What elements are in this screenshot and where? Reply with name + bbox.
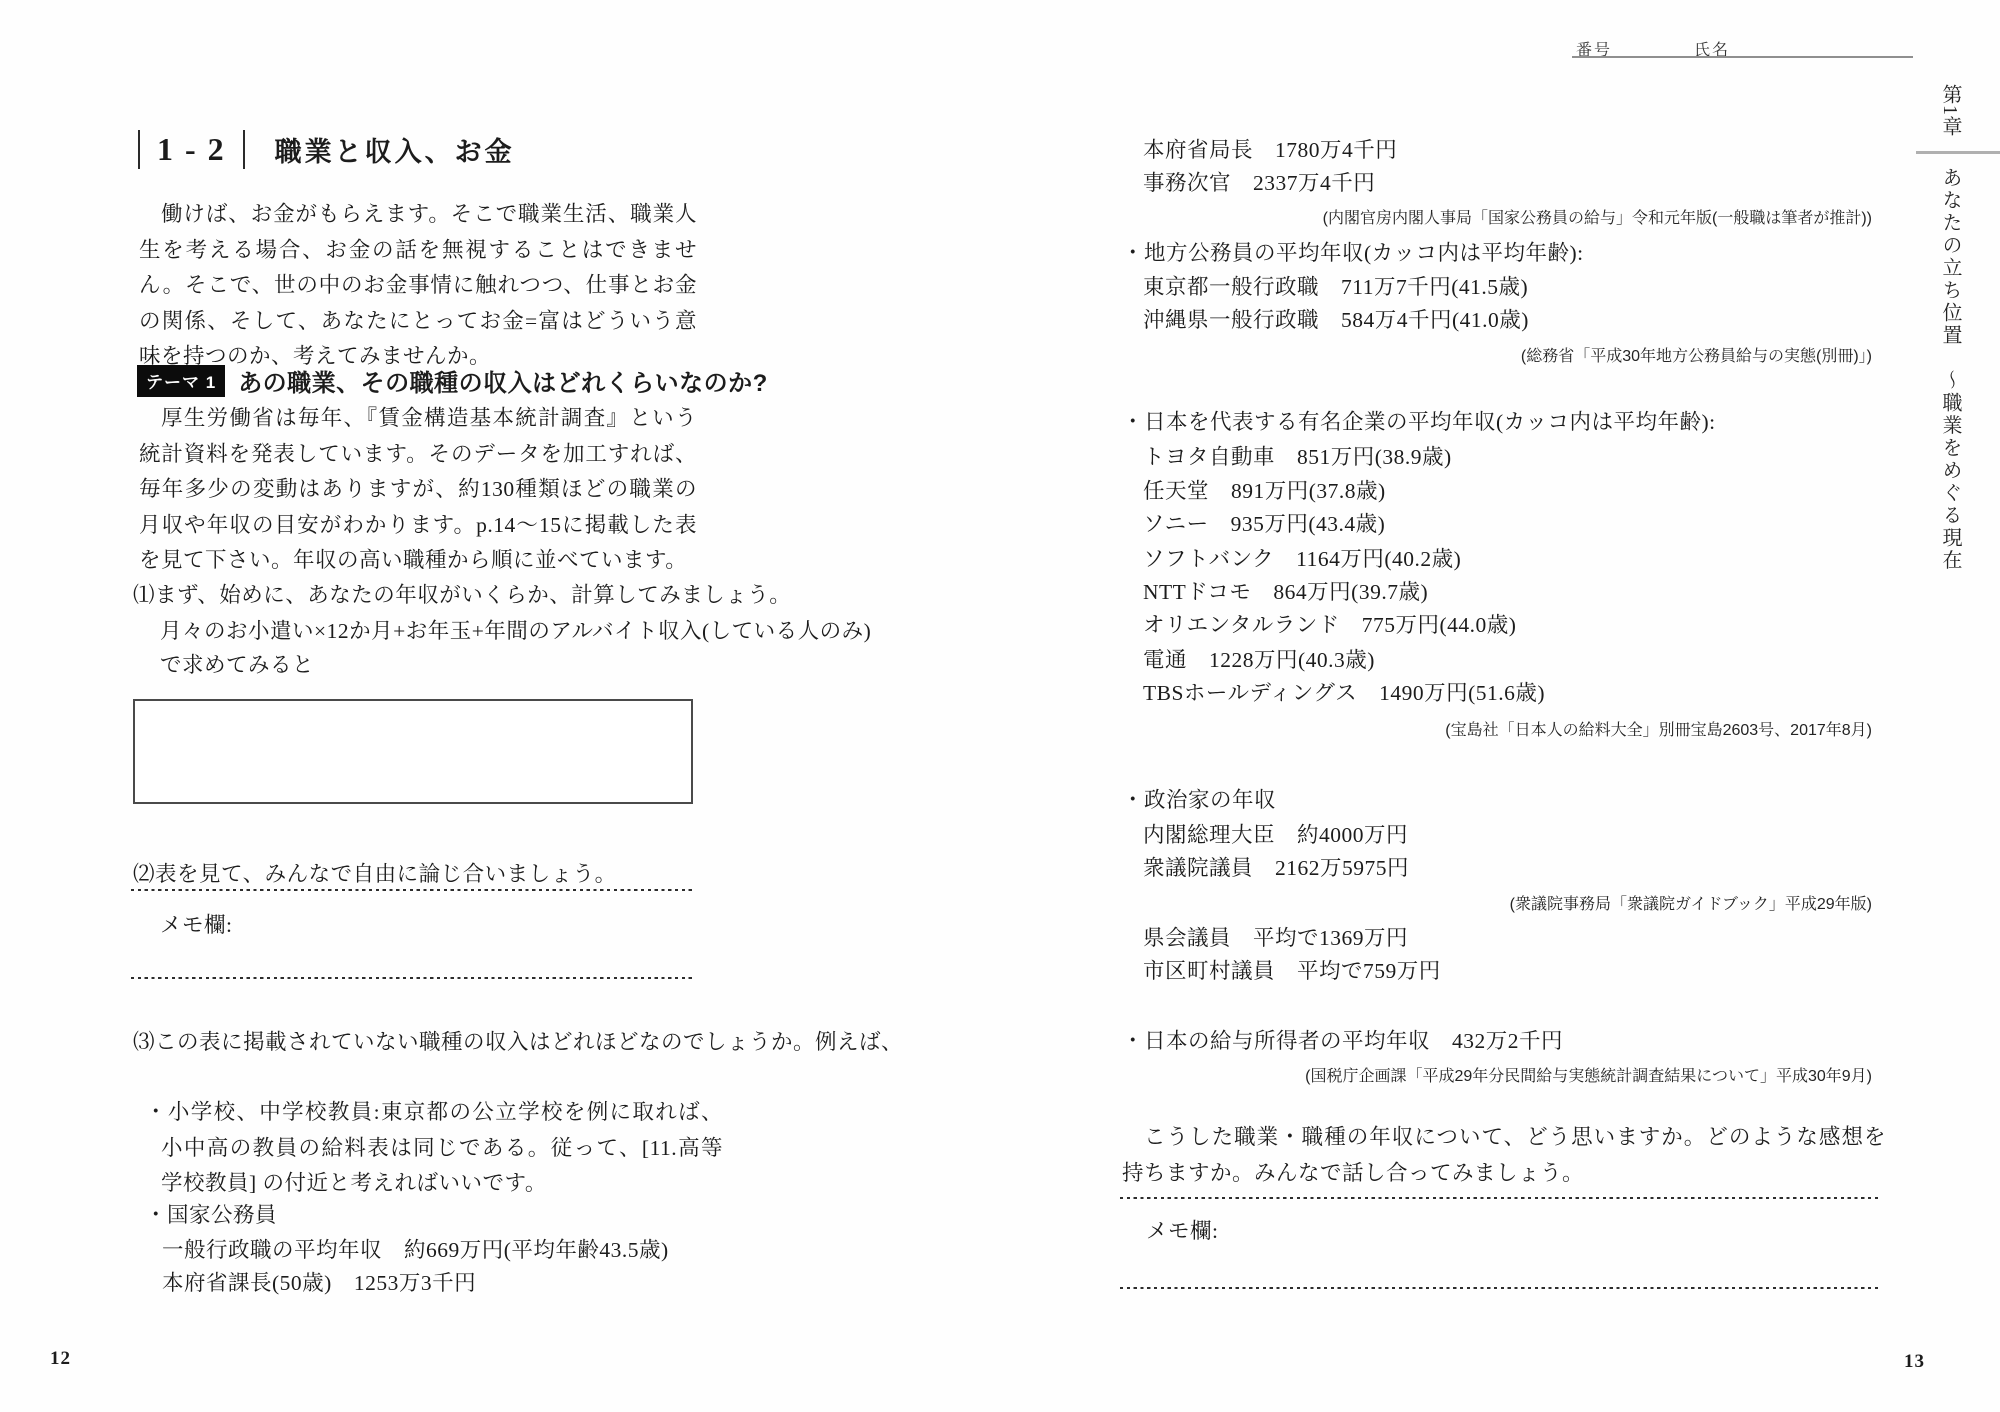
civil-servant-heading: ・国家公務員	[145, 1198, 277, 1229]
salary-line: ソフトバンク 1164万円(40.2歳)	[1143, 542, 1461, 573]
name-field-underline	[1572, 56, 1913, 58]
memo-label: メモ欄:	[1146, 1214, 1218, 1245]
salary-line: 東京都一般行政職 711万7千円(41.5歳)	[1143, 270, 1528, 301]
salary-line: 任天堂 891万円(37.8歳)	[1143, 474, 1386, 505]
memo-label: メモ欄:	[160, 908, 232, 939]
list-heading: ・日本を代表する有名企業の平均年収(カッコ内は平均年齢):	[1122, 405, 1716, 436]
intro-paragraph: 働けば、お金がもらえます。そこで職業生活、職業人生を考える場合、お金の話を無視す…	[139, 197, 697, 375]
salary-line: NTTドコモ 864万円(39.7歳)	[1143, 575, 1428, 606]
salary-line: トヨタ自動車 851万円(38.9歳)	[1143, 440, 1452, 471]
salary-line: 衆議院議員 2162万5975円	[1143, 851, 1409, 882]
chapter-number: 第1章	[1936, 84, 1965, 137]
salary-line: ソニー 935万円(43.4歳)	[1143, 507, 1385, 538]
section-number: 1 - 2	[138, 130, 245, 169]
question-1-line3: で求めてみると	[160, 648, 314, 679]
salary-line: 内閣総理大臣 約4000万円	[1143, 818, 1408, 849]
section-title: 職業と収入、お金	[275, 130, 515, 169]
salary-line: オリエンタルランド 775万円(44.0歳)	[1143, 608, 1516, 639]
theme-body-paragraph: 厚生労働省は毎年、『賃金構造基本統計調査』という統計資料を発表しています。そのデ…	[139, 401, 697, 579]
source-citation: (内閣官房内閣人事局「国家公務員の給与」令和元年版(一般職は筆者が推計))	[1122, 205, 1872, 228]
salary-line: 県会議員 平均で1369万円	[1143, 921, 1408, 952]
source-citation: (衆議院事務局「衆議院ガイドブック」平成29年版)	[1122, 891, 1872, 914]
question-2: ⑵表を見て、みんなで自由に論じ合いましょう。	[133, 857, 617, 888]
theme-title: あの職業、その職種の収入はどれくらいなのか?	[238, 363, 768, 398]
book-spread: 1 - 2 職業と収入、お金 働けば、お金がもらえます。そこで職業生活、職業人生…	[0, 0, 2000, 1412]
chapter-title: あなたの立ち位置 〜職業をめぐる現在	[1936, 167, 1965, 572]
salary-line: 市区町村議員 平均で759万円	[1143, 954, 1441, 985]
civil-servant-line: 本府省課長(50歳) 1253万3千円	[162, 1266, 476, 1297]
salary-line: TBSホールディングス 1490万円(51.6歳)	[1143, 676, 1545, 707]
salary-line: 本府省局長 1780万4千円	[1143, 133, 1397, 164]
question-1-line2: 月々のお小遣い×12か月+お年玉+年間のアルバイト収入(している人のみ)	[160, 614, 871, 645]
salary-line: 電通 1228万円(40.3歳)	[1143, 643, 1375, 674]
question-1-line1: ⑴まず、始めに、あなたの年収がいくらか、計算してみましょう。	[133, 578, 791, 609]
civil-servant-line: 一般行政職の平均年収 約669万円(平均年齢43.5歳)	[162, 1233, 669, 1264]
question-3: ⑶この表に掲載されていない職種の収入はどれほどなのでしょうか。例えば、	[133, 1025, 903, 1056]
closing-paragraph: こうした職業・職種の年収について、どう思いますか。どのような感想を持ちますか。み…	[1122, 1120, 1886, 1191]
dotted-rule	[1120, 1197, 1878, 1199]
dotted-rule	[131, 977, 694, 979]
list-heading: ・地方公務員の平均年収(カッコ内は平均年齢):	[1122, 236, 1584, 267]
page-number-left: 12	[50, 1348, 71, 1370]
theme-label-badge: テーマ 1	[137, 365, 225, 397]
dotted-rule	[1120, 1287, 1878, 1289]
list-heading: ・日本の給与所得者の平均年収 432万2千円	[1122, 1024, 1563, 1055]
theme-heading: テーマ 1 あの職業、その職種の収入はどれくらいなのか?	[137, 363, 768, 398]
page-number-right: 13	[1904, 1351, 1925, 1373]
chapter-tab-divider	[1916, 151, 2000, 154]
salary-line: 事務次官 2337万4千円	[1143, 166, 1375, 197]
answer-box	[133, 699, 693, 804]
section-heading: 1 - 2 職業と収入、お金	[138, 130, 515, 169]
source-citation: (国税庁企画課「平成29年分民間給与実態統計調査結果について」平成30年9月)	[1122, 1063, 1872, 1086]
dotted-rule	[131, 889, 694, 891]
source-citation: (宝島社「日本人の給料大全」別冊宝島2603号、2017年8月)	[1122, 717, 1872, 740]
list-heading: ・政治家の年収	[1122, 783, 1276, 814]
source-citation: (総務省「平成30年地方公務員給与の実態(別冊)」)	[1122, 343, 1872, 366]
teachers-note: ・小学校、中学校教員:東京都の公立学校を例に取れば、小中高の教員の給料表は同じで…	[145, 1095, 723, 1202]
salary-line: 沖縄県一般行政職 584万4千円(41.0歳)	[1143, 303, 1529, 334]
